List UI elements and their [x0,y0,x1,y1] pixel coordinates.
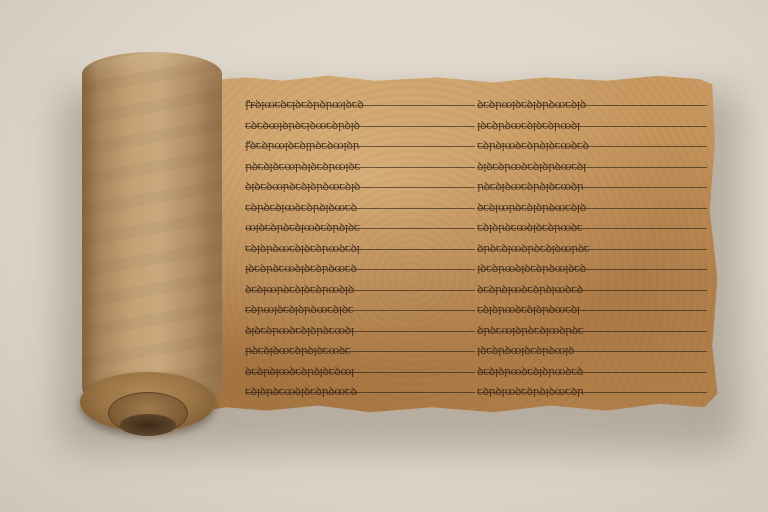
script-line: ꞇꝺꞁꝺꞃꝺꞇꝏꝺꞁꝺꞇꝺꞃꝏꝺꞇ [477,223,707,233]
script-line: ꝭꜰꝺꞁꝏꞇꝺꞇꞁꝺꞇꝺꞃꝺꞃꝏꞁꝺꞇꝺ [245,100,475,110]
script-line: ꞇꝺꞃꝏꞁꝺꞇꝺꞁꝺꞃꝺꝏꞇꝺꞁꝺꞇ [245,305,475,315]
script-line: ꝺꞃꝺꞇꝺꞁꝏꝺꞃꝺꞇꝺꞁꝺꝏꞃꝺꞇ [477,244,707,254]
script-line: ꝏꞁꝺꞇꝺꞃꝺꞇꝺꞁꝏꝺꞇꝺꞃꝺꞁꝺꞇ [245,223,475,233]
script-line: ꝺꞇꝺꞃꝏꞁꝺꞇꝺꞁꝺꞃꝺꝏꞇꝺꞁꝺ [477,100,707,110]
script-line: ꝭꝺꞇꝺꞃꝏꞁꝺꞇꝺꞁꞃꝺꞇꝺꝏꞁꝺꞃ [245,141,475,151]
script-line: ꞇꝺꞃꝺꞁꝏꝺꞇꝺꞃꝺꞁꝺꞇꝏꝺꞇꝺ [477,141,707,151]
script-line: ꝺꞁꝺꞇꝺꝏꞃꝺꞇꝺꞁꝺꞃꝺꝏꞇꝺꞁꝺ [245,182,475,192]
script-line: ꞇꝺꞁꝺꞃꝏꝺꞇꝺꞁꝺꞃꝺꝏꞇꝺꞁ [477,305,707,315]
scroll-roll-core [120,414,176,436]
script-line: ꝺꞇꝺꞃꝺꞁꝏꝺꞇꝺꞃꝺꞁꝺꞇꝺꝏꞁ [245,367,475,377]
script-line: ꝺꞇꝺꞁꝏꞃꝺꞇꝺꞁꝺꞃꝺꝏꞇꝺꞁꝺ [477,203,707,213]
script-line: ꝺꞁꝺꞇꝺꞃꝏꝺꞇꝺꞁꝺꞃꝺꝏꞇꝺꞁ [477,162,707,172]
photo-scene: ꝭꜰꝺꞁꝏꞇꝺꞇꞁꝺꞇꝺꞃꝺꞃꝏꞁꝺꞇꝺ ꞇꝺꞇꝺꝏꞁꝺꞃꝺꞇꞁꝺꝏꞇꝺꞃꝺꞁꝺ… [0,0,768,512]
script-line: ꝺꞃꝺꞇꝏꞁꝺꞃꝺꞇꝺꞁꝏꝺꞃꝺꞇ [477,326,707,336]
script-line: ꞁꝺꞇꝺꞃꝺꝏꞁꝺꞇꝺꞃꝺꝏꞁꝺ [477,346,707,356]
script-line: ꞁꝺꞇꝺꞃꝺꝏꞇꝺꞁꝺꞇꝺꞃꝏꝺꞁ [477,121,707,131]
script-line: ꞃꝺꞇꝺꞁꝺꝏꞇꝺꞃꝺꞁꝺꞇꝏꝺꞃ [477,182,707,192]
text-column-left: ꝭꜰꝺꞁꝏꞇꝺꞇꞁꝺꞇꝺꞃꝺꞃꝏꞁꝺꞇꝺ ꞇꝺꞇꝺꝏꞁꝺꞃꝺꞇꞁꝺꝏꞇꝺꞃꝺꞁꝺ… [245,100,475,397]
script-line: ꞇꝺꞇꝺꝏꞁꝺꞃꝺꞇꞁꝺꝏꞇꝺꞃꝺꞁꝺ [245,121,475,131]
script-line: ꞁꝺꞇꝺꞃꝏꝺꞁꝺꞇꝺꞃꝺꝏꞁꝺꞇꝺ [477,264,707,274]
script-line: ꝺꞇꝺꞁꝺꞃꝏꝺꞇꝺꞁꝺꞃꝏꝺꞇꝺ [477,367,707,377]
script-line: ꞇꝺꞁꝺꞃꝺꞇꝏꝺꞁꝺꞇꝺꞃꝺꝏꞇꝺ [245,387,475,397]
script-line: ꞃꝺꞇꝺꞁꝺꞇꝏꞃꝺꞁꝺꞇꝺꞃꝏꞁꝺꞇ [245,162,475,172]
script-line: ꝺꞇꝺꞃꝺꞁꝏꝺꞇꝺꞃꝺꞁꝏꝺꞇꝺ [477,285,707,295]
script-line: ꞇꝺꞁꝺꞃꝺꝏꞇꝺꞁꝺꞇꝺꞃꝏꝺꞇꝺꞁ [245,244,475,254]
script-line: ꞃꝺꞇꝺꞁꝺꝏꞇꝺꞃꝺꞁꝺꞇꝏꝺꞇ [245,346,475,356]
script-line: ꝺꞇꝺꞁꝏꞃꝺꞇꝺꞁꝺꞇꝺꞃꝏꝺꞁꝺ [245,285,475,295]
scroll-roll [82,52,222,397]
script-line: ꞇꝺꞃꝺꞇꝺꞁꝏꝺꞇꝺꞃꝺꞁꝺꝏꞇꝺ [245,203,475,213]
script-line: ꞁꝺꞇꝺꞃꝺꞇꝏꝺꞁꝺꞇꝺꞃꝺꝏꞇꝺ [245,264,475,274]
script-line: ꞇꝺꞃꝺꞁꝏꝺꞇꝺꞃꝺꞁꝺꝏꞇꝺꞃ [477,387,707,397]
script-line: ꝺꞁꝺꞇꝺꞃꝏꝺꞇꝺꞁꝺꞃꝺꞇꝏꝺꞁ [245,326,475,336]
text-column-right: ꝺꞇꝺꞃꝏꞁꝺꞇꝺꞁꝺꞃꝺꝏꞇꝺꞁꝺ ꞁꝺꞇꝺꞃꝺꝏꞇꝺꞁꝺꞇꝺꞃꝏꝺꞁ ꞇꝺꞃ… [477,100,707,397]
parchment-sheet: ꝭꜰꝺꞁꝏꞇꝺꞇꞁꝺꞇꝺꞃꝺꞃꝏꞁꝺꞇꝺ ꞇꝺꞇꝺꝏꞁꝺꞃꝺꞇꞁꝺꝏꞇꝺꞃꝺꞁꝺ… [205,74,720,414]
